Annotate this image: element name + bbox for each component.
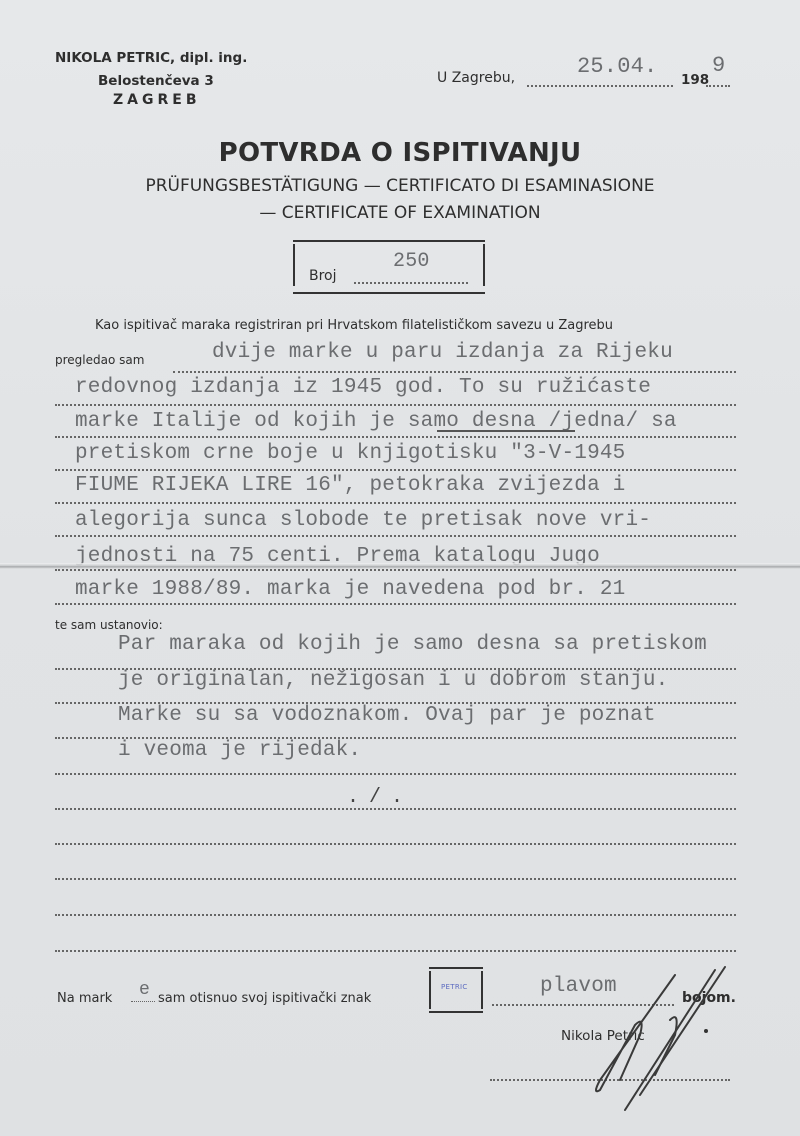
- date-field-line: [527, 85, 673, 87]
- signature-icon: [540, 965, 740, 1115]
- issuer-name: NIKOLA PETRIC, dipl. ing.: [55, 50, 247, 66]
- ruled-line: [55, 569, 736, 571]
- examined-line: marke Italije od kojih je samo desna /je…: [75, 410, 677, 433]
- date-value: 25.04.: [577, 54, 657, 79]
- ruled-line: [55, 404, 736, 406]
- ruled-line: [55, 502, 736, 504]
- ruled-line: [173, 371, 736, 373]
- findings-line: Marke su sa vodoznakom. Ovaj par je pozn…: [118, 704, 656, 727]
- certificate-paper: NIKOLA PETRIC, dipl. ing. Belostenčeva 3…: [0, 0, 800, 1136]
- year-prefix: 198: [681, 72, 709, 88]
- issuer-city: ZAGREB: [113, 92, 201, 108]
- number-box: [293, 240, 485, 294]
- end-mark: ./.: [347, 786, 413, 809]
- document-subtitle-1: PRÜFUNGSBESTÄTIGUNG — CERTIFICATO DI ESA…: [0, 176, 800, 196]
- ruled-line: [55, 878, 736, 880]
- issuer-street: Belostenčeva 3: [98, 73, 214, 89]
- examiner-stamp-box: PETRIC: [429, 967, 483, 1013]
- ruled-line: [55, 773, 736, 775]
- place-label: U Zagrebu,: [437, 70, 515, 86]
- ruled-line: [55, 603, 736, 605]
- intro-text: Kao ispitivač maraka registriran pri Hrv…: [95, 318, 613, 333]
- findings-label: te sam ustanovio:: [55, 618, 163, 632]
- stamp-label-pre: Na mark: [57, 991, 112, 1006]
- examined-line: alegorija sunca slobode te pretisak nove…: [75, 509, 651, 532]
- examiner-stamp: PETRIC: [441, 983, 468, 991]
- stamp-suffix-line: [131, 1001, 155, 1002]
- samo-desna-underline: [437, 430, 575, 432]
- document-subtitle-2: — CERTIFICATE OF EXAMINATION: [0, 203, 800, 223]
- year-suffix: 9: [712, 53, 725, 78]
- number-value: 250: [393, 250, 430, 273]
- examined-line: FIUME RIJEKA LIRE 16", petokraka zvijezd…: [75, 474, 626, 497]
- examined-line: redovnog izdanja iz 1945 god. To su ruži…: [75, 376, 651, 399]
- ruled-line: [55, 535, 736, 537]
- ruled-line: [55, 843, 736, 845]
- ruled-line: [55, 469, 736, 471]
- examined-line: marke 1988/89. marka je navedena pod br.…: [75, 578, 626, 601]
- ruled-line: [55, 950, 736, 952]
- stamp-suffix-value: e: [139, 980, 150, 1000]
- examined-label: pregledao sam: [55, 353, 144, 367]
- year-field-line: [706, 85, 730, 87]
- findings-line: je originalan, nežigosan i u dobrom stan…: [118, 669, 669, 692]
- findings-line: i veoma je rijedak.: [118, 739, 361, 762]
- findings-line: Par maraka od kojih je samo desna sa pre…: [118, 633, 707, 656]
- document-title: POTVRDA O ISPITIVANJU: [0, 138, 800, 168]
- stamp-label-post: sam otisnuo svoj ispitivački znak: [158, 991, 371, 1006]
- paper-fold: [0, 563, 800, 569]
- examined-line: pretiskom crne boje u knjigotisku "3-V-1…: [75, 442, 626, 465]
- number-field-line: [354, 282, 468, 284]
- examined-line: dvije marke u paru izdanja za Rijeku: [212, 341, 673, 364]
- ruled-line: [55, 436, 736, 438]
- number-label: Broj: [309, 268, 337, 284]
- ruled-line: [55, 914, 736, 916]
